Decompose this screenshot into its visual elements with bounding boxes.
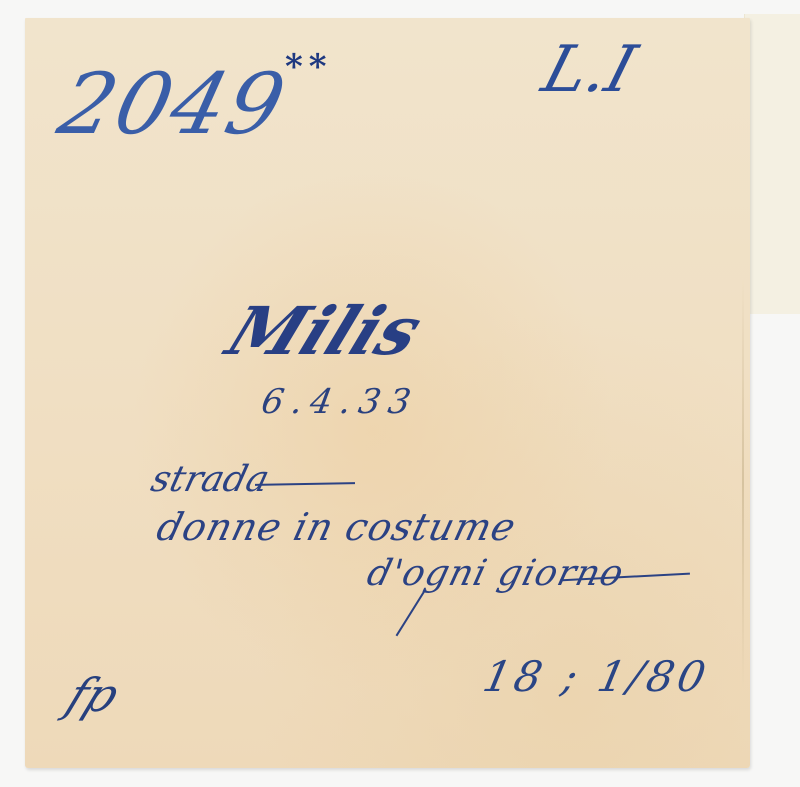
star-marks: ** — [285, 50, 333, 84]
description-line-2: donne in costume — [153, 508, 520, 546]
exposure-settings: 18 ; 1/80 — [480, 656, 714, 698]
description-line-3: d'ogni giorno — [364, 556, 628, 592]
backing-sheet — [744, 14, 800, 314]
date: 6.4.33 — [259, 385, 421, 419]
description-line-1: strada — [148, 462, 273, 498]
catalog-number: 2049 — [52, 62, 295, 146]
series-code: L.I — [536, 38, 642, 102]
card-fold-edge — [742, 278, 744, 688]
place-name: Milis — [219, 298, 431, 364]
